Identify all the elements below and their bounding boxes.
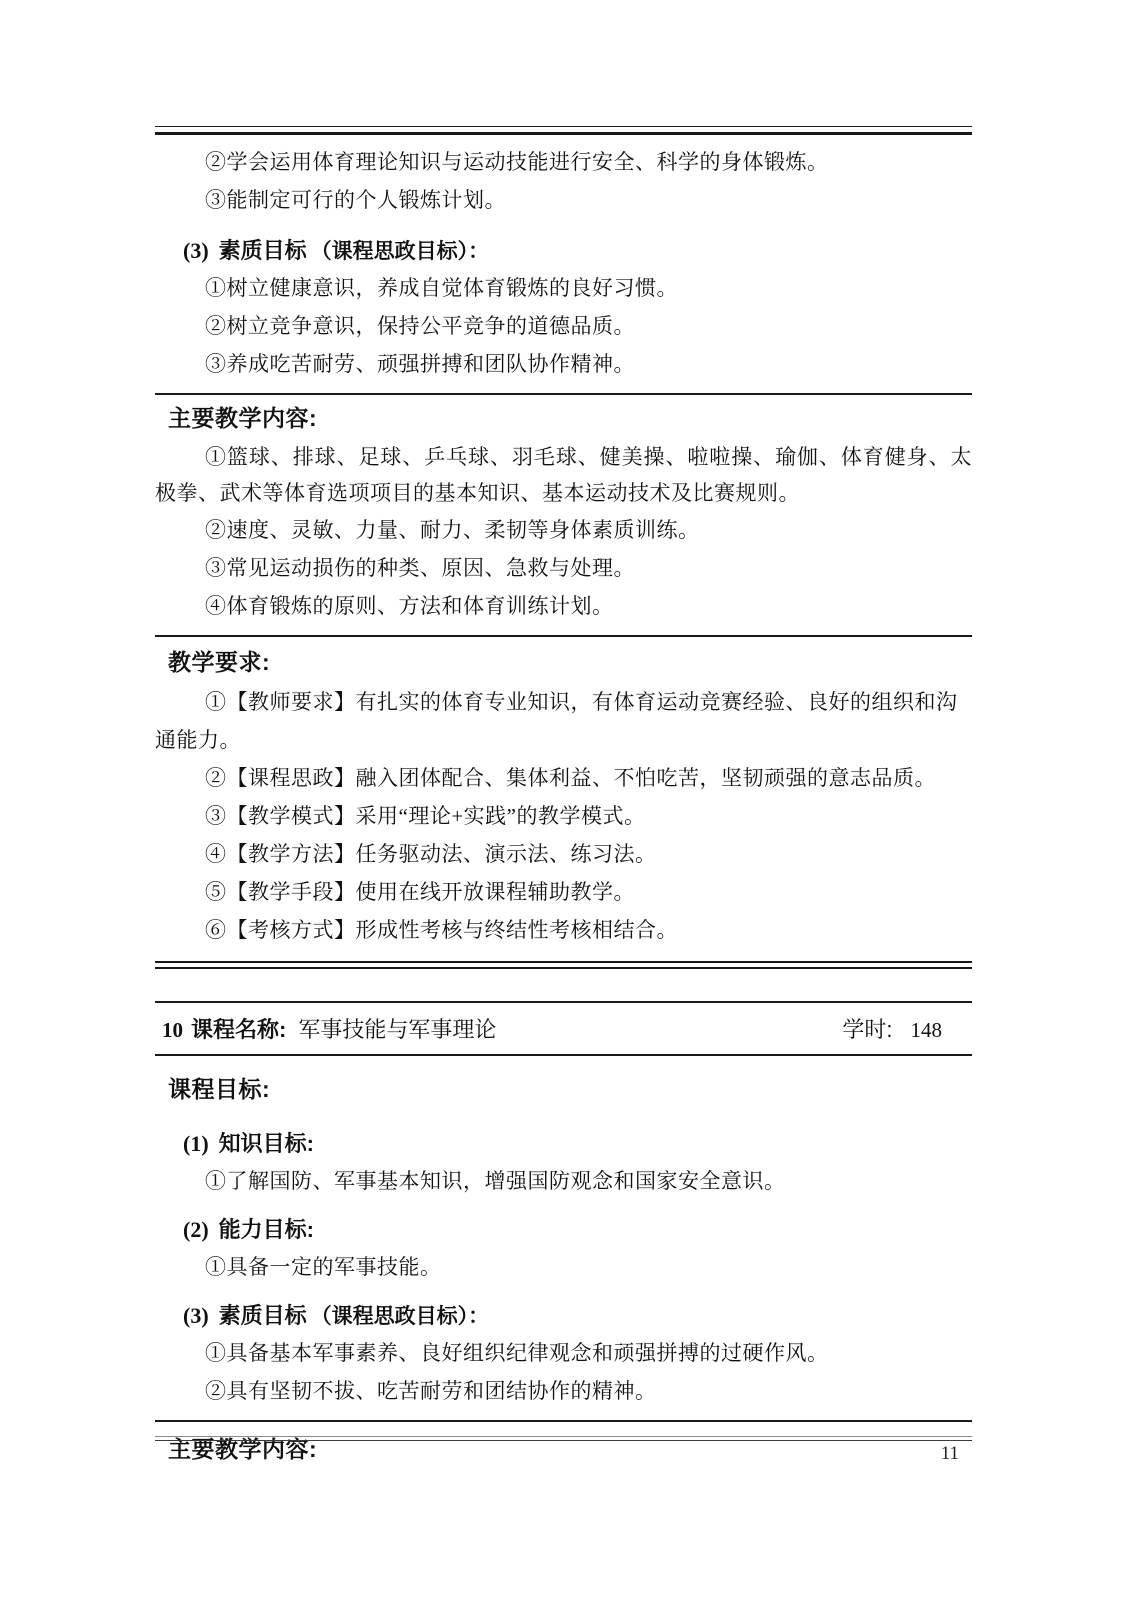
heading-number: (3) <box>183 1303 209 1328</box>
quality-item: ②具有坚韧不拔、吃苦耐劳和团结协作的精神。 <box>155 1372 972 1410</box>
heading-title: 素质目标 <box>219 1303 307 1328</box>
heading-number: (1) <box>183 1131 209 1156</box>
hours-label: 学时: <box>842 1013 892 1044</box>
content-item: ②速度、灵敏、力量、耐力、柔韧等身体素质训练。 <box>155 511 972 549</box>
course-number: 10 <box>162 1018 183 1043</box>
requirement-item: ⑥【考核方式】形成性考核与终结性考核相结合。 <box>155 911 972 949</box>
heading-title: 能力目标: <box>219 1217 314 1242</box>
hours-value: 148 <box>911 1018 943 1043</box>
requirement-item: ②【课程思政】融入团体配合、集体利益、不怕吃苦，坚韧顽强的意志品质。 <box>155 759 972 797</box>
ability-item: ②学会运用体育理论知识与运动技能进行安全、科学的身体锻炼。 <box>155 143 972 181</box>
requirement-item: ①【教师要求】有扎实的体育专业知识，有体育运动竞赛经验、良好的组织和沟通能力。 <box>155 683 972 759</box>
footer-rule <box>155 1436 972 1441</box>
requirement-item: ⑤【教学手段】使用在线开放课程辅助教学。 <box>155 873 972 911</box>
course-objectives-heading: 课程目标: <box>155 1074 972 1104</box>
quality-objective-heading: (3)素质目标（课程思政目标）： <box>155 235 972 267</box>
heading-number: (2) <box>183 1217 209 1242</box>
heading-paren: （课程思政目标）： <box>311 239 490 263</box>
course-title-right: 学时: 148 <box>842 1013 972 1044</box>
section-divider <box>155 393 972 395</box>
quality-objective-heading: (3)素质目标（课程思政目标）： <box>155 1300 972 1332</box>
ability-item: ③能制定可行的个人锻炼计划。 <box>155 181 972 219</box>
knowledge-item: ①了解国防、军事基本知识，增强国防观念和国家安全意识。 <box>155 1162 972 1200</box>
document-content: ②学会运用体育理论知识与运动技能进行安全、科学的身体锻炼。 ③能制定可行的个人锻… <box>155 0 972 1464</box>
page-number: 11 <box>941 1443 959 1465</box>
requirement-item: ③【教学模式】采用“理论+实践”的教学模式。 <box>155 797 972 835</box>
quality-item: ①具备基本军事素养、良好组织纪律观念和顽强拼搏的过硬作风。 <box>155 1334 972 1372</box>
course-name: 军事技能与军事理论 <box>298 1013 496 1044</box>
course-title-left: 10 课程名称: 军事技能与军事理论 <box>155 1013 496 1044</box>
heading-paren: （课程思政目标）： <box>311 1304 490 1328</box>
quality-item: ②树立竞争意识，保持公平竞争的道德品质。 <box>155 307 972 345</box>
teaching-requirements-heading: 教学要求: <box>155 647 972 677</box>
ability-objective-heading: (2)能力目标: <box>155 1214 972 1246</box>
course-name-label: 课程名称: <box>191 1013 286 1044</box>
quality-item: ③养成吃苦耐劳、顽强拼搏和团队协作精神。 <box>155 345 972 383</box>
teaching-content-heading: 主要教学内容: <box>155 403 972 433</box>
section-divider <box>155 635 972 637</box>
heading-number: (3) <box>183 238 209 263</box>
heading-title: 知识目标: <box>219 1131 314 1156</box>
table-top-border <box>155 126 972 135</box>
content-item: ④体育锻炼的原则、方法和体育训练计划。 <box>155 587 972 625</box>
content-item: ①篮球、排球、足球、乒乓球、羽毛球、健美操、啦啦操、瑜伽、体育健身、太极拳、武术… <box>155 439 972 511</box>
content-item: ③常见运动损伤的种类、原因、急救与处理。 <box>155 549 972 587</box>
knowledge-objective-heading: (1)知识目标: <box>155 1128 972 1160</box>
requirement-item: ④【教学方法】任务驱动法、演示法、练习法。 <box>155 835 972 873</box>
quality-item: ①树立健康意识，养成自觉体育锻炼的良好习惯。 <box>155 269 972 307</box>
table-bottom-border <box>155 961 972 969</box>
section-divider <box>155 1420 972 1422</box>
heading-title: 素质目标 <box>219 238 307 263</box>
course-title-row: 10 课程名称: 军事技能与军事理论 学时: 148 <box>155 1001 972 1056</box>
ability-item: ①具备一定的军事技能。 <box>155 1248 972 1286</box>
document-page: ②学会运用体育理论知识与运动技能进行安全、科学的身体锻炼。 ③能制定可行的个人锻… <box>0 0 1131 1600</box>
